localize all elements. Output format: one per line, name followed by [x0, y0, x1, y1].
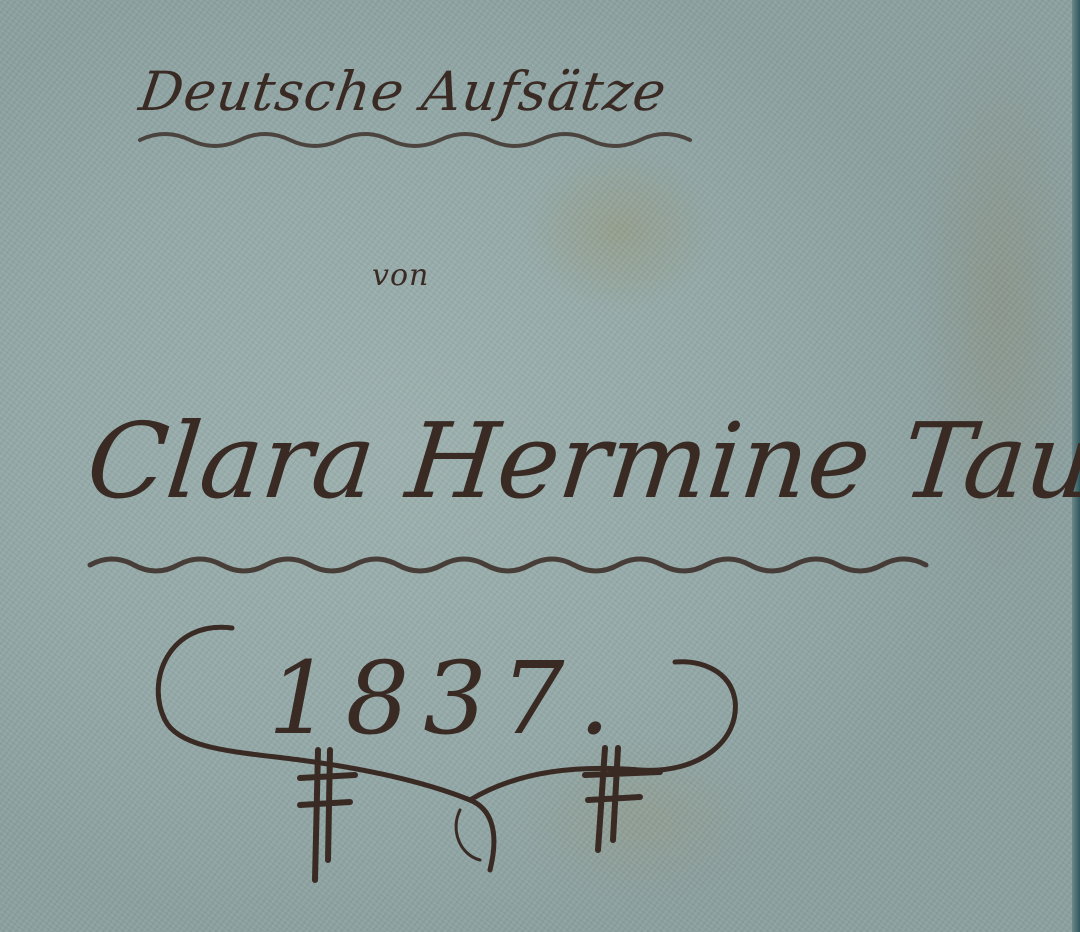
document-title: Deutsche Aufsätze [136, 60, 671, 123]
preposition-von: von [372, 258, 429, 293]
author-name: Clara Hermine Taubner. [82, 400, 1080, 522]
document-year: 1837. [268, 640, 624, 757]
